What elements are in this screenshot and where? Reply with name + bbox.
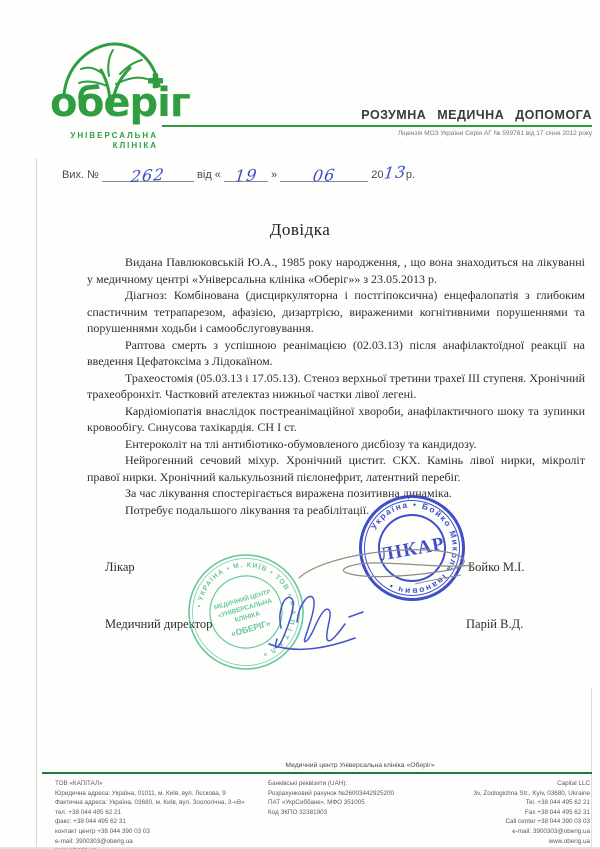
footer-line: www.oberig.ua	[415, 837, 590, 847]
month-blank: 06	[280, 166, 368, 182]
scan-edge-line	[36, 158, 37, 849]
paragraph: Видана Павлюковській Ю.А., 1985 року нар…	[87, 254, 585, 287]
paragraph: Ентероколіт на тлі антибіотико-обумовлен…	[87, 436, 585, 453]
footer-line: ТОВ «КАПІТАЛ»	[55, 779, 260, 789]
out-number-blank: 262	[102, 166, 194, 182]
handwritten-year: 13	[382, 162, 407, 183]
footer-line: тел. +38 044 495 62 21	[55, 808, 260, 818]
footer-bank-column: Банківські реквізити (UAH): Розрахункови…	[268, 779, 433, 817]
document-body: Видана Павлюковській Ю.А., 1985 року нар…	[87, 254, 585, 518]
scanned-certificate-page: оберіг УНІВЕРСАЛЬНА КЛІНІКА РОЗУМНА МЕДИ…	[0, 0, 600, 849]
paragraph: За час лікування спостерігається виражен…	[87, 485, 585, 502]
day-blank: 19	[224, 166, 268, 182]
footer-company-column: ТОВ «КАПІТАЛ» Юридична адреса: Україна, …	[55, 779, 260, 849]
footer-line: Банківські реквізити (UAH):	[268, 779, 433, 789]
tagline-line2: КЛІНІКА	[55, 141, 158, 151]
handwritten-day: 19	[234, 165, 259, 186]
scan-edge-line	[591, 688, 592, 849]
footer-line: Юридична адреса: Україна, 01011, м. Київ…	[55, 789, 260, 799]
handwritten-month: 06	[312, 165, 337, 186]
footer-line: Call center +38 044 390 03 03	[415, 817, 590, 827]
footer-line: ПАТ «УкрСиббанк», МФО 351005	[268, 798, 433, 808]
paragraph: Кардіоміопатія внаслідок постреанімаційн…	[87, 403, 585, 436]
footer-line: Код ЗКПО 32381903	[268, 808, 433, 818]
paragraph: Потребує подальшого лікування та реабілі…	[87, 502, 585, 519]
footer-line: Fax +38 044 495 62 31	[415, 808, 590, 818]
paragraph: Діагноз: Комбінована (дисциркуляторна і …	[87, 287, 585, 337]
clinic-slogan: РОЗУМНА МЕДИЧНА ДОПОМОГА	[361, 108, 592, 122]
header-green-rule	[162, 125, 592, 127]
out-number-label: Вих. №	[62, 169, 99, 181]
doctor-role-label: Лікар	[105, 560, 135, 575]
footer-line: 3v, Zoologichna Str., Kyiv, 03680, Ukrai…	[415, 789, 590, 799]
footer-line: e-mail: 3900303@oberig.ua	[415, 827, 590, 837]
director-name: Парій В.Д.	[466, 617, 523, 632]
outgoing-ref-line: Вих. № 262 від « 19 » 06 2013р.	[62, 163, 415, 182]
close-quote: »	[271, 169, 277, 181]
clinic-logo-wordmark: оберіг	[50, 80, 190, 126]
footer-line: Фактична адреса: Україна, 03680, м. Київ…	[55, 798, 260, 808]
footer-line: Tel. +38 044 495 62 21	[415, 798, 590, 808]
footer-center-label: Медичний центр Універсальна клініка «Обе…	[130, 762, 590, 769]
paragraph: Раптова смерть з успішною реанімацією (0…	[87, 337, 585, 370]
footer-green-rule	[42, 772, 592, 774]
footer-line: Capital LLC	[415, 779, 590, 789]
year-suffix: р.	[406, 169, 415, 181]
director-signature	[263, 586, 378, 658]
footer-line: e-mail: 3900303@oberig.ua	[55, 837, 260, 847]
tagline-line1: УНІВЕРСАЛЬНА	[55, 131, 158, 141]
license-line: Ліцензія МОЗ України Серія АГ № 599781 в…	[398, 130, 592, 137]
footer-english-column: Capital LLC 3v, Zoologichna Str., Kyiv, …	[415, 779, 590, 846]
footer-line: контакт центр +38 044 390 03 03	[55, 827, 260, 837]
document-title: Довідка	[0, 220, 600, 240]
footer-line: Розрахунковий рахунок №26003442925200	[268, 789, 433, 799]
paragraph: Нейрогенний сечовий міхур. Хронічний цис…	[87, 452, 585, 485]
clinic-tagline: УНІВЕРСАЛЬНА КЛІНІКА	[55, 131, 158, 151]
from-label: від «	[197, 169, 221, 181]
footer-line: факс: +38 044 495 62 31	[55, 817, 260, 827]
handwritten-out-number: 262	[130, 165, 166, 186]
paragraph: Трахеостомія (05.03.13 і 17.05.13). Стен…	[87, 370, 585, 403]
year-prefix: 20	[371, 169, 383, 181]
